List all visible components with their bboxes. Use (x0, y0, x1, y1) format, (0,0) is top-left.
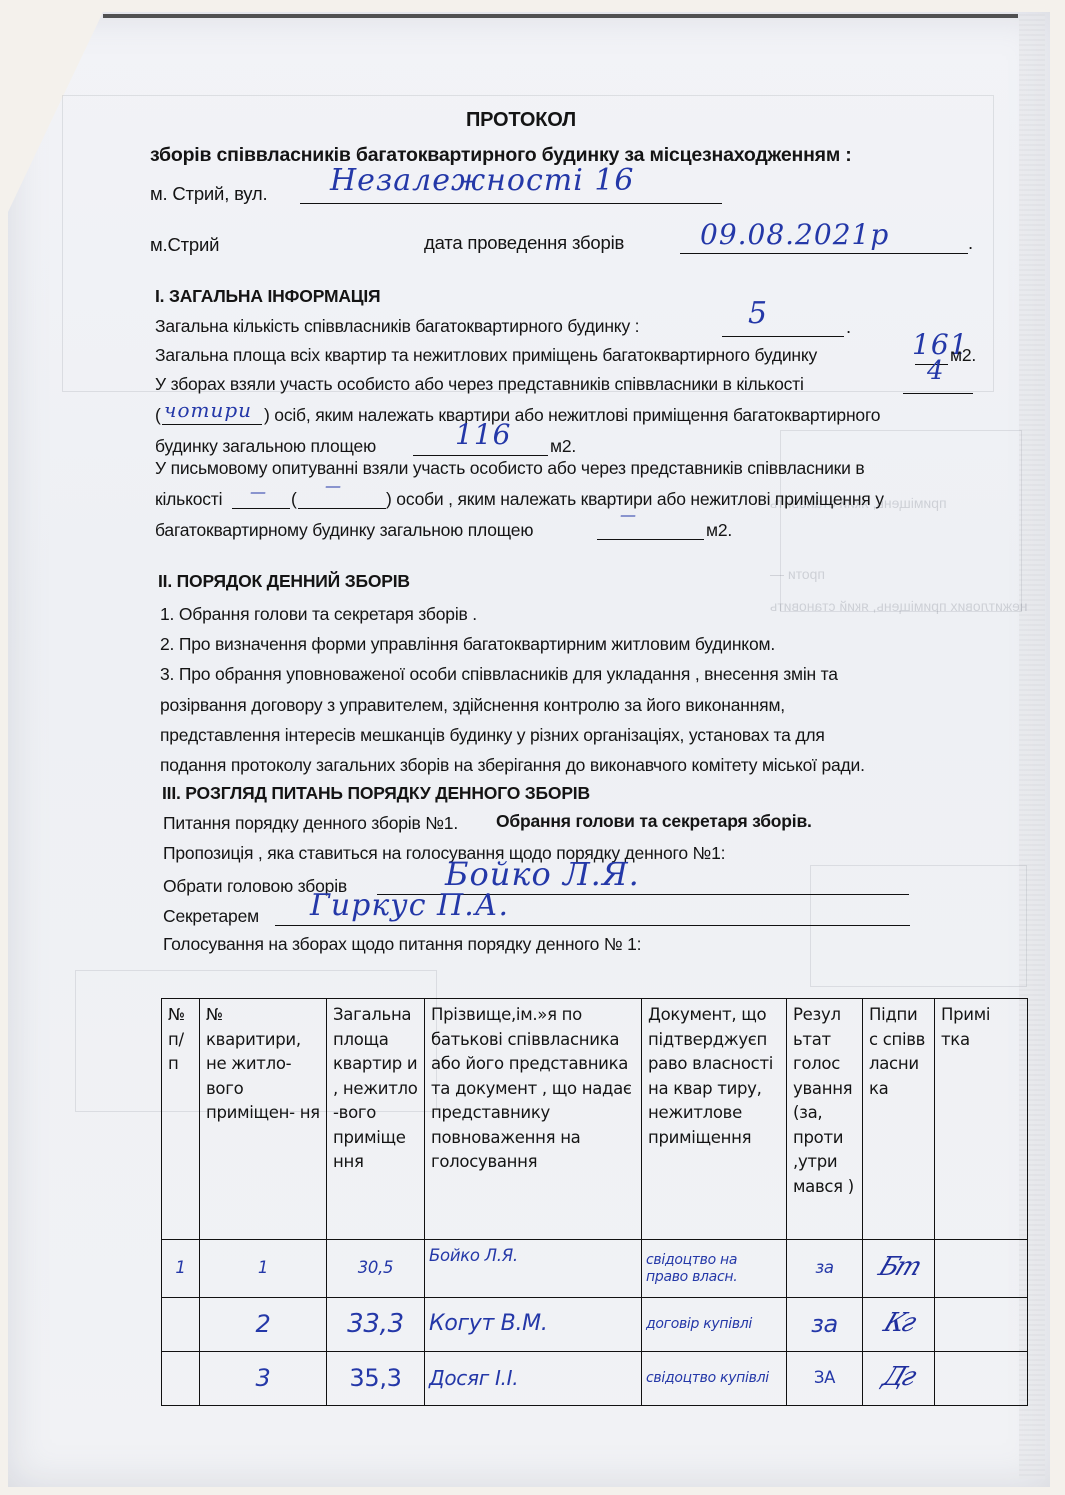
participants-words-underline (162, 424, 262, 425)
vote-result: за (787, 1298, 863, 1352)
participants-area-value: 116 (455, 418, 511, 451)
written-label: У письмовому опитуванні взяли участь осо… (155, 458, 864, 479)
note-cell (935, 1298, 1028, 1352)
signature-mark: Кг (880, 1311, 916, 1336)
written-count-value: — (250, 482, 267, 501)
written-area-label: багатоквартирному будинку загальною площ… (155, 520, 533, 541)
secretary-underline (275, 925, 910, 926)
written-area-unit: м2. (706, 520, 732, 541)
participants-label: У зборах взяли участь особисто або через… (155, 374, 804, 395)
section1-heading: І. ЗАГАЛЬНА ІНФОРМАЦІЯ (155, 286, 380, 307)
owner-signature: Дг (863, 1352, 935, 1406)
note-cell (935, 1352, 1028, 1406)
address-value: Незалежності 16 (330, 163, 635, 198)
address-underline (300, 203, 722, 204)
date-label: дата проведення зборів (424, 232, 624, 254)
agenda-item-3-cont: подання протоколу загальних зборів на зб… (160, 755, 865, 776)
header-vote-result: Резул ьтат голос ування (за, проти ,утри… (787, 999, 863, 1240)
apartment-number: 3 (200, 1352, 327, 1406)
participants-underline (903, 393, 973, 394)
participants-rest: ) осіб, яким належать квартири або нежит… (264, 405, 880, 426)
paren-open: ( (291, 489, 297, 510)
owner-signature: Бт (863, 1240, 935, 1298)
written-area-underline (597, 539, 704, 540)
voting-label: Голосування на зборах щодо питання поряд… (163, 934, 641, 955)
header-owner-name: Прізвище,ім.»я по батькові співвласника … (425, 999, 642, 1240)
apartment-area: 33,3 (327, 1298, 425, 1352)
vote-result: ЗА (787, 1352, 863, 1406)
section2-heading: ІІ. ПОРЯДОК ДЕННИЙ ЗБОРІВ (158, 571, 410, 592)
ownership-document: свідоцтво на право власн. (642, 1240, 787, 1298)
owner-signature: Кг (863, 1298, 935, 1352)
note-cell (935, 1240, 1028, 1298)
written-area-value: — (620, 505, 637, 524)
header-number: № п/ п (162, 999, 200, 1240)
total-area-unit: м2. (950, 345, 976, 366)
ownership-document: договір купівлі (642, 1298, 787, 1352)
header-note: Примі тка (935, 999, 1028, 1240)
total-area-label: Загальна площа всіх квартир та нежитлови… (155, 345, 817, 366)
agenda-item-3-cont: розірвання договору з управителем, здійс… (160, 695, 785, 716)
agenda-item-3-cont: представлення інтересів мешканців будинк… (160, 725, 825, 746)
total-owners-label: Загальна кількість співвласників багаток… (155, 316, 639, 337)
header-ownership-document: Документ, що підтверджуєп раво власності… (642, 999, 787, 1240)
protocol-document: ПРОТОКОЛ зборів співвласників багатоквар… (0, 0, 1065, 1495)
paren-open: ( (155, 405, 161, 426)
signature-mark: Дг (880, 1365, 917, 1390)
table-row: 1 1 30,5 Бойко Л.Я. свідоцтво на право в… (162, 1240, 1028, 1298)
total-owners-value: 5 (748, 296, 768, 331)
date-value: 09.08.2021р (700, 218, 889, 251)
written-count-words: — (325, 476, 342, 495)
participants-area-unit: м2. (550, 436, 576, 457)
participants-area-label: будинку загальною площею (155, 436, 376, 457)
row-number (162, 1352, 200, 1406)
written-words-underline (298, 508, 386, 509)
written-count-label: кількості (155, 489, 222, 510)
participants-value: 4 (927, 356, 945, 386)
date-underline (680, 253, 968, 254)
city-label: м.Стрий (150, 234, 219, 256)
row-number: 1 (162, 1240, 200, 1298)
agenda-item-1: 1. Обрання голови та секретаря зборів . (160, 604, 477, 625)
secretary-label: Секретарем (163, 906, 259, 927)
apartment-area: 35,3 (327, 1352, 425, 1406)
secretary-value: Гиркус П.А. (310, 888, 509, 923)
written-count-underline (232, 508, 290, 509)
table-row: 2 33,3 Когут В.М. договір купівлі за Кг (162, 1298, 1028, 1352)
address-label: м. Стрий, вул. (150, 183, 267, 205)
question-title: Обрання голови та секретаря зборів. (496, 811, 812, 832)
row-number (162, 1298, 200, 1352)
participants-words: чотири (164, 398, 252, 422)
voting-table: № п/ п № кваритири, не житло- вого примі… (161, 998, 1028, 1406)
section3-heading: ІІІ. РОЗГЛЯД ПИТАНЬ ПОРЯДКУ ДЕННОГО ЗБОР… (162, 783, 590, 804)
signature-mark: Бт (875, 1255, 922, 1280)
owner-name: Бойко Л.Я. (425, 1240, 642, 1298)
question-label: Питання порядку денного зборів №1. (163, 813, 458, 834)
table-header-row: № п/ п № кваритири, не житло- вого примі… (162, 999, 1028, 1240)
header-signature: Підпи с співв ласни ка (863, 999, 935, 1240)
participants-area-underline (413, 455, 548, 456)
apartment-number: 1 (200, 1240, 327, 1298)
apartment-number: 2 (200, 1298, 327, 1352)
table-row: 3 35,3 Досяг І.І. свідоцтво купівлі ЗА Д… (162, 1352, 1028, 1406)
apartment-area: 30,5 (327, 1240, 425, 1298)
agenda-item-2: 2. Про визначення форми управління багат… (160, 634, 775, 655)
owner-name: Когут В.М. (425, 1298, 642, 1352)
ownership-document: свідоцтво купівлі (642, 1352, 787, 1406)
header-area: Загальна площа квартир и , нежитло -вого… (327, 999, 425, 1240)
agenda-item-3: 3. Про обрання уповноваженої особи співв… (160, 664, 838, 685)
vote-result: за (787, 1240, 863, 1298)
header-apartment: № кваритири, не житло- вого приміщен- ня (200, 999, 327, 1240)
total-owners-underline (722, 336, 844, 337)
dot: . (846, 316, 851, 338)
owner-name: Досяг І.І. (425, 1352, 642, 1406)
date-end-dot: . (968, 232, 973, 254)
document-title: ПРОТОКОЛ (466, 109, 576, 132)
